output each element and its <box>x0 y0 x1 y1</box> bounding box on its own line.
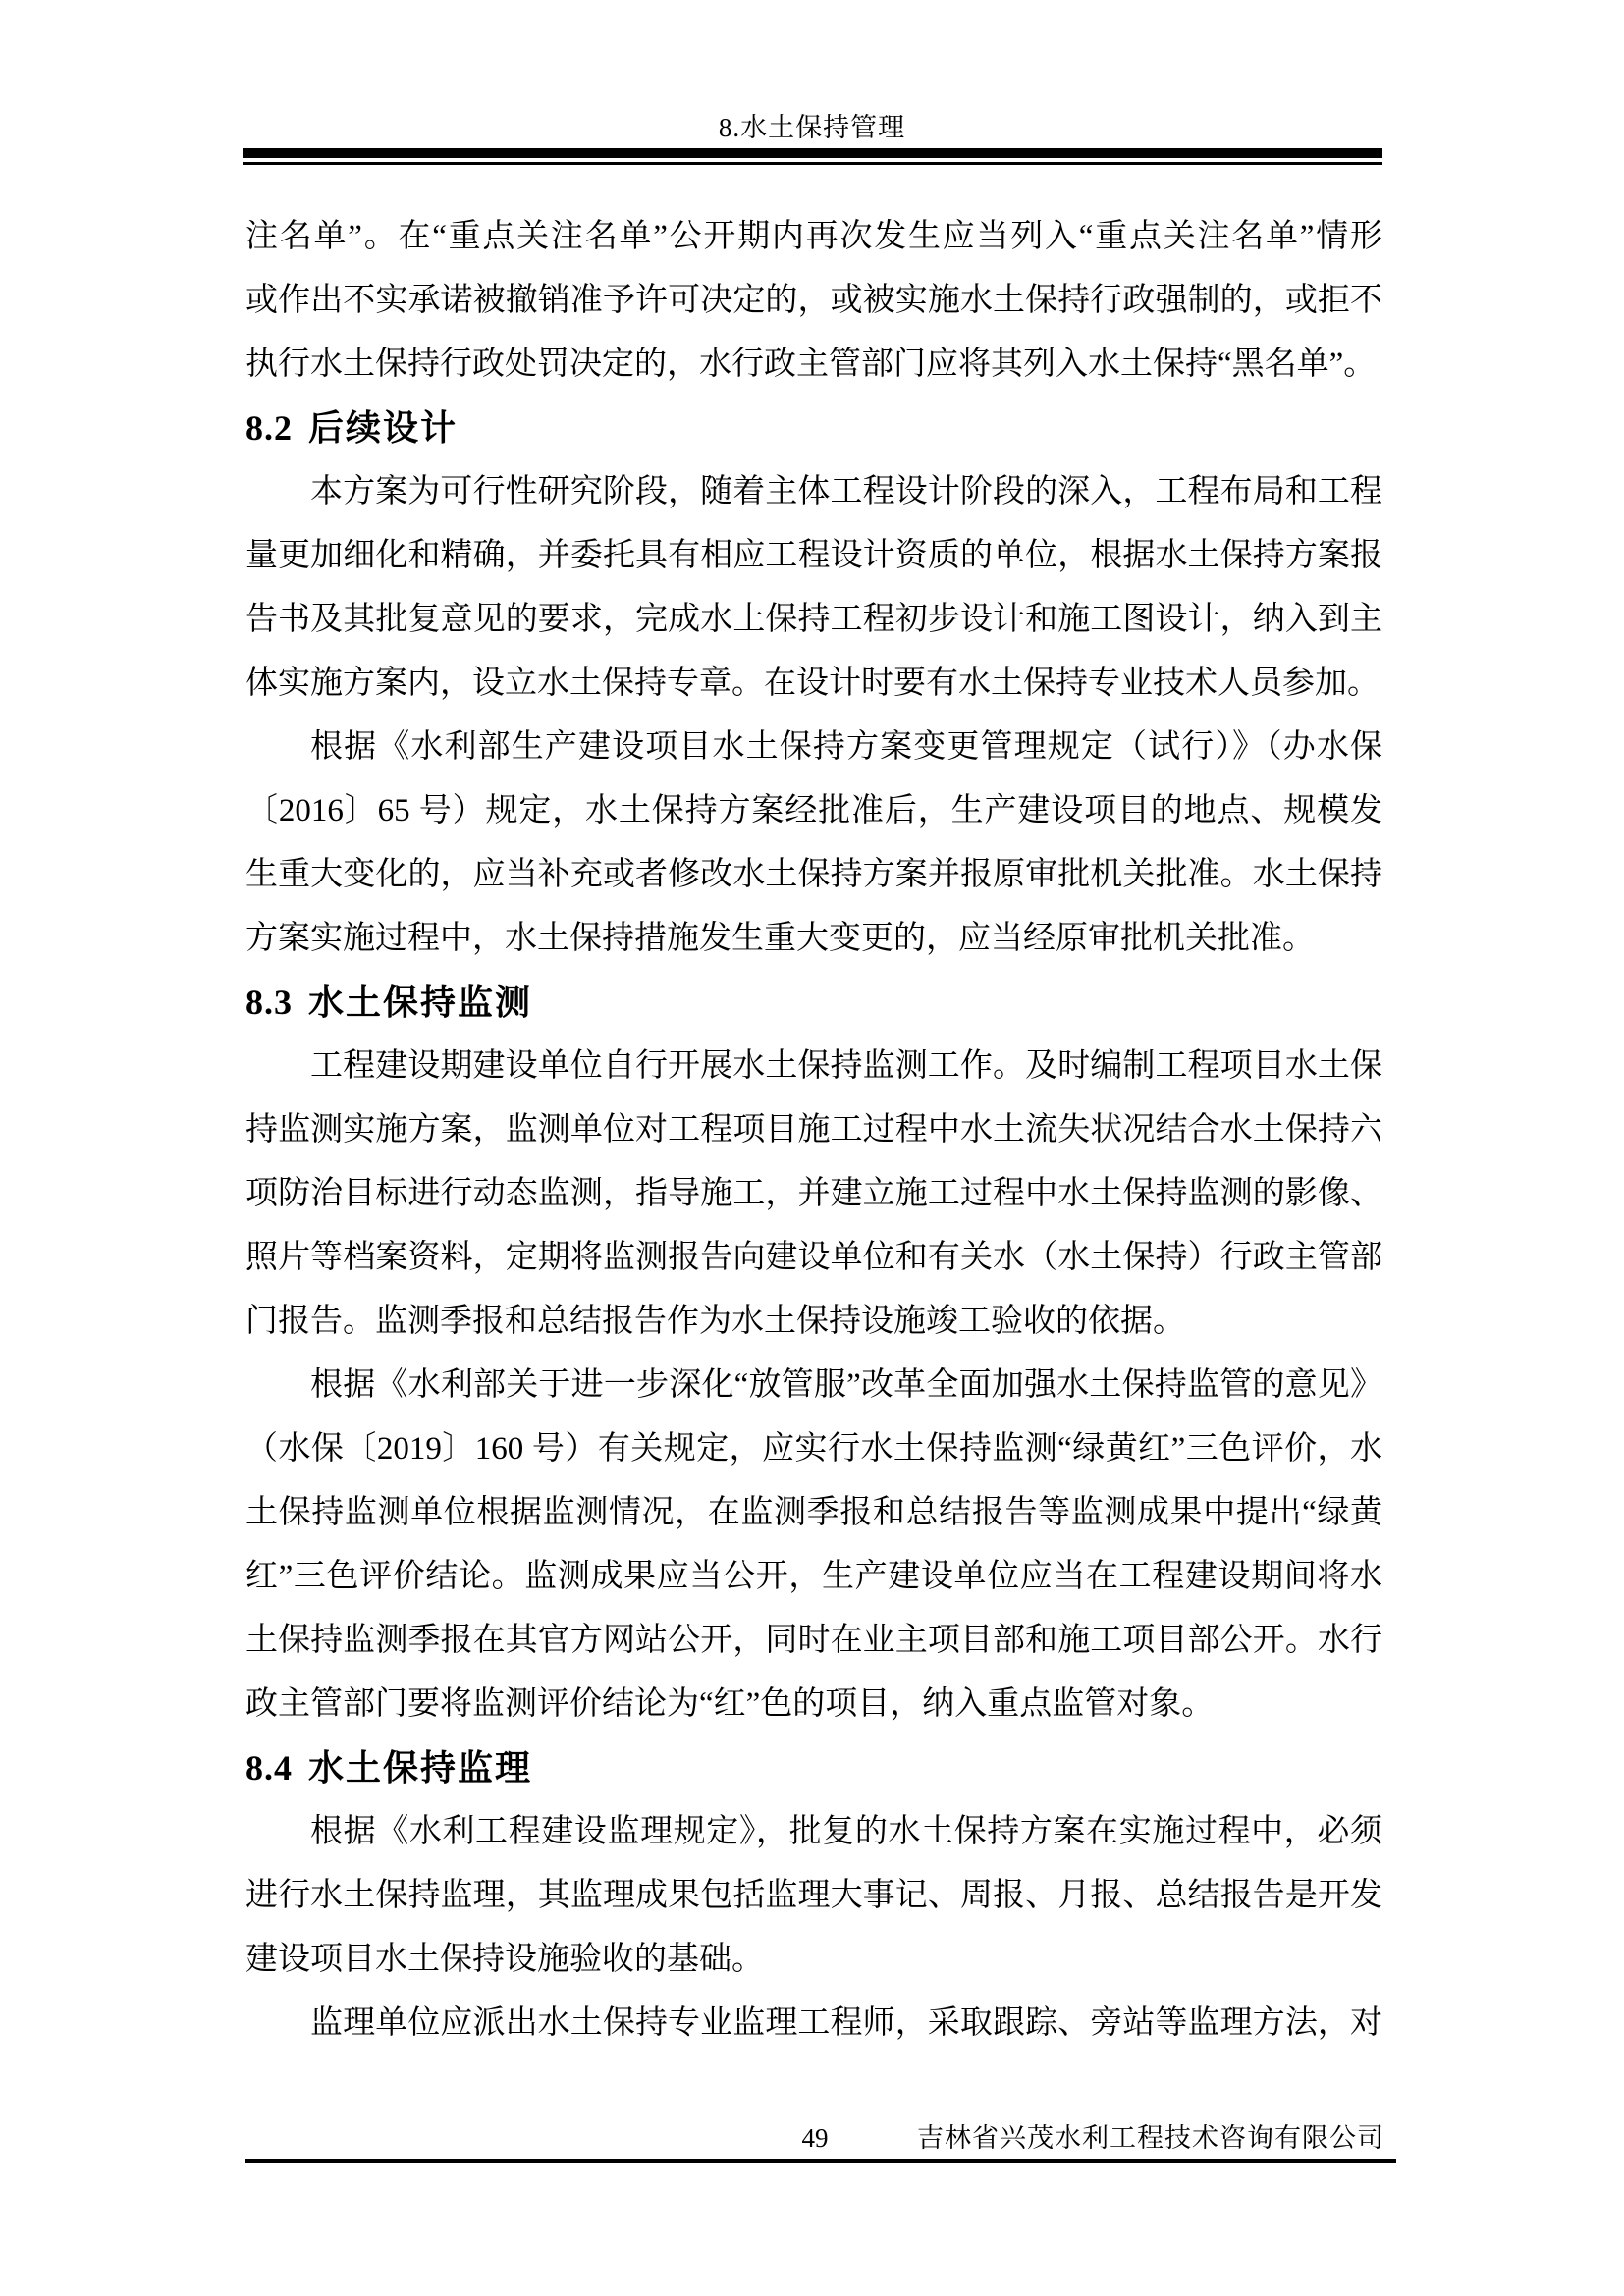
header-rule-thick <box>243 148 1382 158</box>
text-line: 本方案为可行性研究阶段，随着主体工程设计阶段的深入，工程布局和工程 <box>245 460 1382 524</box>
running-header-title: 8.水土保持管理 <box>719 113 905 142</box>
text-line: 根据《水利部生产建设项目水土保持方案变更管理规定（试行）》（办水保 <box>245 716 1382 779</box>
section-title: 水土保持监测 <box>308 983 532 1022</box>
text-line: 量更加细化和精确，并委托具有相应工程设计资质的单位，根据水土保持方案报 <box>245 524 1382 588</box>
text-line: 政主管部门要将监测评价结论为“红”色的项目，纳入重点监管对象。 <box>245 1673 1382 1736</box>
section-heading: 8.2后续设计 <box>245 397 1382 460</box>
text-line: 进行水土保持监理，其监理成果包括监理大事记、周报、月报、总结报告是开发 <box>245 1864 1382 1928</box>
text-line: 根据《水利工程建设监理规定》，批复的水土保持方案在实施过程中，必须 <box>245 1800 1382 1864</box>
text-line: 体实施方案内，设立水土保持专章。在设计时要有水土保持专业技术人员参加。 <box>245 652 1382 716</box>
text-line: 生重大变化的，应当补充或者修改水土保持方案并报原审批机关批准。水土保持 <box>245 843 1382 907</box>
text-line: 建设项目水土保持设施验收的基础。 <box>245 1928 1382 1992</box>
footer-rule <box>245 2159 1396 2163</box>
page-footer: 49 吉林省兴茂水利工程技术咨询有限公司 <box>245 2122 1384 2160</box>
text-line: 门报告。监测季报和总结报告作为水土保持设施竣工验收的依据。 <box>245 1290 1382 1354</box>
text-line: 持监测实施方案，监测单位对工程项目施工过程中水土流失状况结合水土保持六 <box>245 1098 1382 1162</box>
text-line: 监理单位应派出水土保持专业监理工程师，采取跟踪、旁站等监理方法，对 <box>245 1992 1382 2056</box>
section-title: 后续设计 <box>308 408 458 448</box>
section-number: 8.3 <box>245 983 293 1022</box>
text-line: 工程建设期建设单位自行开展水土保持监测工作。及时编制工程项目水土保 <box>245 1035 1382 1098</box>
section-title: 水土保持监理 <box>308 1748 532 1788</box>
section-heading: 8.3水土保持监测 <box>245 971 1382 1035</box>
text-line: 项防治目标进行动态监测，指导施工，并建立施工过程中水土保持监测的影像、 <box>245 1162 1382 1226</box>
text-line: 土保持监测季报在其官方网站公开，同时在业主项目部和施工项目部公开。水行 <box>245 1609 1382 1673</box>
text-line: （水保〔2019〕160 号）有关规定，应实行水土保持监测“绿黄红”三色评价，水 <box>245 1417 1382 1481</box>
document-body: 注名单”。在“重点关注名单”公开期内再次发生应当列入“重点关注名单”情形的，或作… <box>245 205 1382 2056</box>
text-line: 执行水土保持行政处罚决定的，水行政主管部门应将其列入水土保持“黑名单”。 <box>245 333 1382 397</box>
text-line: 告书及其批复意见的要求，完成水土保持工程初步设计和施工图设计，纳入到主 <box>245 588 1382 652</box>
running-header: 8.水土保持管理 <box>0 112 1624 143</box>
document-page: 8.水土保持管理 注名单”。在“重点关注名单”公开期内再次发生应当列入“重点关注… <box>0 0 1624 2296</box>
header-rule-thin <box>243 162 1382 165</box>
text-line: 注名单”。在“重点关注名单”公开期内再次发生应当列入“重点关注名单”情形的， <box>245 205 1382 269</box>
text-line: 照片等档案资料，定期将监测报告向建设单位和有关水（水土保持）行政主管部 <box>245 1226 1382 1290</box>
text-line: 或作出不实承诺被撤销准予许可决定的，或被实施水土保持行政强制的，或拒不 <box>245 269 1382 333</box>
text-line: 根据《水利部关于进一步深化“放管服”改革全面加强水土保持监管的意见》 <box>245 1354 1382 1417</box>
text-line: 红”三色评价结论。监测成果应当公开，生产建设单位应当在工程建设期间将水 <box>245 1545 1382 1609</box>
section-number: 8.2 <box>245 408 293 448</box>
section-number: 8.4 <box>245 1748 293 1788</box>
footer-company-name: 吉林省兴茂水利工程技术咨询有限公司 <box>917 2122 1384 2154</box>
section-heading: 8.4水土保持监理 <box>245 1736 1382 1800</box>
text-line: 〔2016〕65 号）规定，水土保持方案经批准后，生产建设项目的地点、规模发 <box>245 779 1382 843</box>
text-line: 方案实施过程中，水土保持措施发生重大变更的，应当经原审批机关批准。 <box>245 907 1382 971</box>
text-line: 土保持监测单位根据监测情况，在监测季报和总结报告等监测成果中提出“绿黄 <box>245 1481 1382 1545</box>
